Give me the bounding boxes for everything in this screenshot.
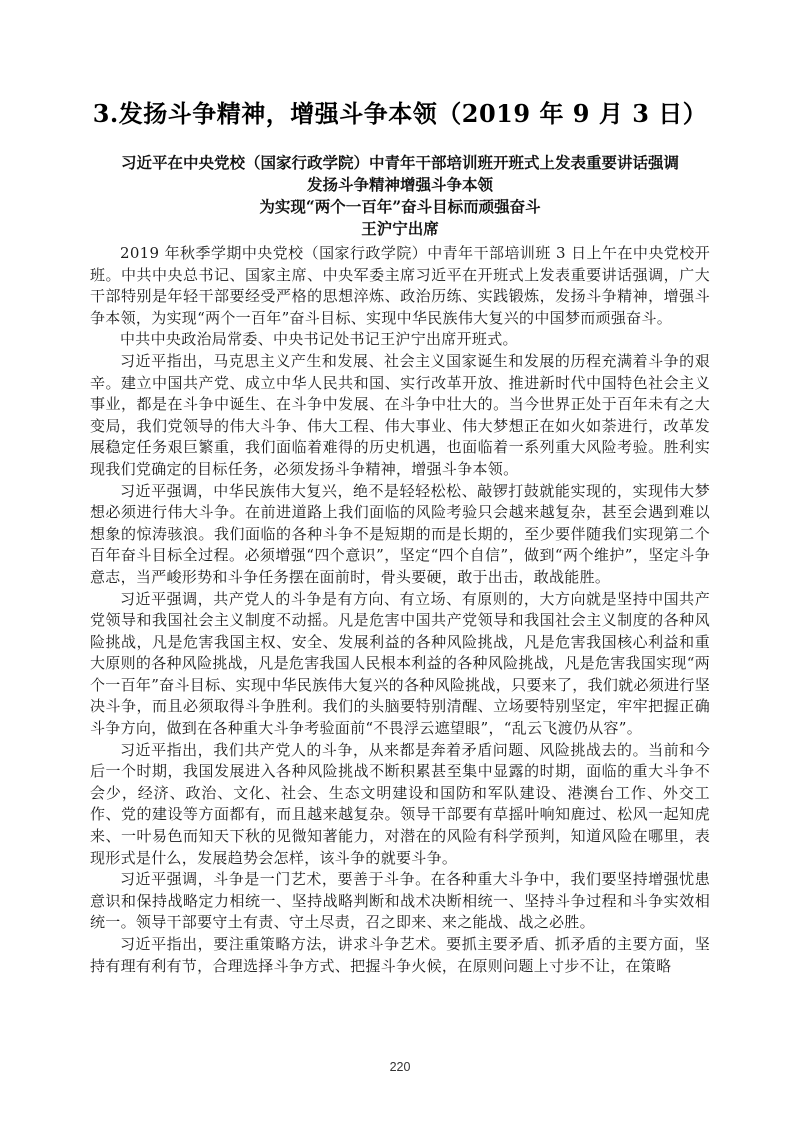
- subtitle-line: 王沪宁出席: [90, 218, 710, 240]
- body-paragraph: 习近平强调，共产党人的斗争是有方向、有立场、有原则的，大方向就是坚持中国共产党领…: [90, 589, 710, 740]
- subtitle-line: 为实现“两个一百年”奋斗目标而顽强奋斗: [90, 196, 710, 218]
- body-paragraph: 2019 年秋季学期中央党校（国家行政学院）中青年干部培训班 3 日上午在中央党…: [90, 243, 710, 329]
- subtitle-line: 发扬斗争精神增强斗争本领: [90, 174, 710, 196]
- body-paragraph: 中共中央政治局常委、中央书记处书记王沪宁出席开班式。: [90, 329, 710, 351]
- page-number: 220: [390, 1060, 411, 1074]
- subtitle-line: 习近平在中央党校（国家行政学院）中青年干部培训班开班式上发表重要讲话强调: [90, 152, 710, 174]
- document-title: 3.发扬斗争精神，增强斗争本领（2019 年 9 月 3 日）: [90, 96, 710, 132]
- body-paragraph: 习近平指出，马克思主义产生和发展、社会主义国家诞生和发展的历程充满着斗争的艰辛。…: [90, 351, 710, 481]
- body-paragraph: 习近平指出，我们共产党人的斗争，从来都是奔着矛盾问题、风险挑战去的。当前和今后一…: [90, 740, 710, 870]
- body-paragraph: 习近平指出，要注重策略方法，讲求斗争艺术。要抓主要矛盾、抓矛盾的主要方面，坚持有…: [90, 934, 710, 977]
- page-footer: 220: [0, 1056, 800, 1075]
- body-paragraph: 习近平强调，中华民族伟大复兴，绝不是轻轻松松、敲锣打鼓就能实现的，实现伟大梦想必…: [90, 481, 710, 589]
- subtitle-block: 习近平在中央党校（国家行政学院）中青年干部培训班开班式上发表重要讲话强调发扬斗争…: [90, 152, 710, 240]
- document-body: 2019 年秋季学期中央党校（国家行政学院）中青年干部培训班 3 日上午在中央党…: [90, 243, 710, 977]
- body-paragraph: 习近平强调，斗争是一门艺术，要善于斗争。在各种重大斗争中，我们要坚持增强忧患意识…: [90, 869, 710, 934]
- document-page: 3.发扬斗争精神，增强斗争本领（2019 年 9 月 3 日） 习近平在中央党校…: [0, 0, 800, 1133]
